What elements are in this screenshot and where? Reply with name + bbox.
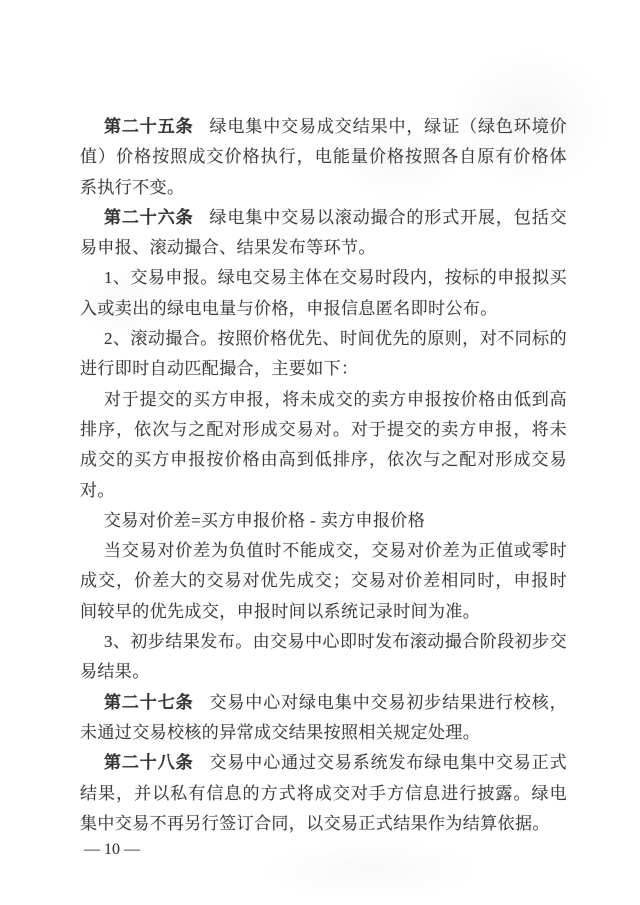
- article-paragraph: 第二十七条交易中心对绿电集中交易初步结果进行校核，未通过交易校核的异常成交结果按…: [80, 688, 567, 749]
- article-paragraph: 第二十八条交易中心通过交易系统发布绿电集中交易正式结果，并以私有信息的方式将成交…: [80, 748, 567, 839]
- paragraph-text: 当交易对价差为负值时不能成交，交易对价差为正值或零时成交，价差大的交易对优先成交…: [80, 541, 567, 621]
- scanned-document-page: { "document": { "language": "zh-CN", "te…: [0, 0, 640, 905]
- paragraph-text: 交易对价差=买方申报价格 - 卖方申报价格: [104, 511, 425, 530]
- article-paragraph: 第二十五条绿电集中交易成交结果中，绿证（绿色环境价值）价格按照成交价格执行，电能…: [80, 112, 567, 203]
- body-paragraph: 交易对价差=买方申报价格 - 卖方申报价格: [80, 506, 567, 536]
- body-paragraph: 2、滚动撮合。按照价格优先、时间优先的原则，对不同标的进行即时自动匹配撮合，主要…: [80, 324, 567, 385]
- article-number: 第二十五条: [104, 117, 194, 136]
- paragraph-text: 2、滚动撮合。按照价格优先、时间优先的原则，对不同标的进行即时自动匹配撮合，主要…: [80, 329, 567, 378]
- article-number: 第二十八条: [104, 753, 194, 772]
- page-number: — 10 —: [84, 841, 140, 858]
- paragraph-text: 对于提交的买方申报，将未成交的卖方申报按价格由低到高排序，依次与之配对形成交易对…: [80, 390, 567, 500]
- article-number: 第二十七条: [104, 693, 194, 712]
- article-paragraph: 第二十六条绿电集中交易以滚动撮合的形式开展，包括交易申报、滚动撮合、结果发布等环…: [80, 203, 567, 264]
- body-paragraph: 1、交易申报。绿电交易主体在交易时段内，按标的申报拟买入或卖出的绿电电量与价格，…: [80, 263, 567, 324]
- body-paragraph: 当交易对价差为负值时不能成交，交易对价差为正值或零时成交，价差大的交易对优先成交…: [80, 536, 567, 627]
- body-paragraph: 对于提交的买方申报，将未成交的卖方申报按价格由低到高排序，依次与之配对形成交易对…: [80, 385, 567, 506]
- article-number: 第二十六条: [104, 208, 194, 227]
- document-page: 第二十五条绿电集中交易成交结果中，绿证（绿色环境价值）价格按照成交价格执行，电能…: [0, 0, 640, 905]
- document-body: 第二十五条绿电集中交易成交结果中，绿证（绿色环境价值）价格按照成交价格执行，电能…: [80, 112, 567, 839]
- page-footer: — 10 —: [84, 840, 140, 860]
- scan-smudge: [260, 840, 480, 900]
- paragraph-text: 1、交易申报。绿电交易主体在交易时段内，按标的申报拟买入或卖出的绿电电量与价格，…: [80, 268, 567, 317]
- body-paragraph: 3、初步结果发布。由交易中心即时发布滚动撮合阶段初步交易结果。: [80, 627, 567, 688]
- paragraph-text: 3、初步结果发布。由交易中心即时发布滚动撮合阶段初步交易结果。: [80, 632, 567, 681]
